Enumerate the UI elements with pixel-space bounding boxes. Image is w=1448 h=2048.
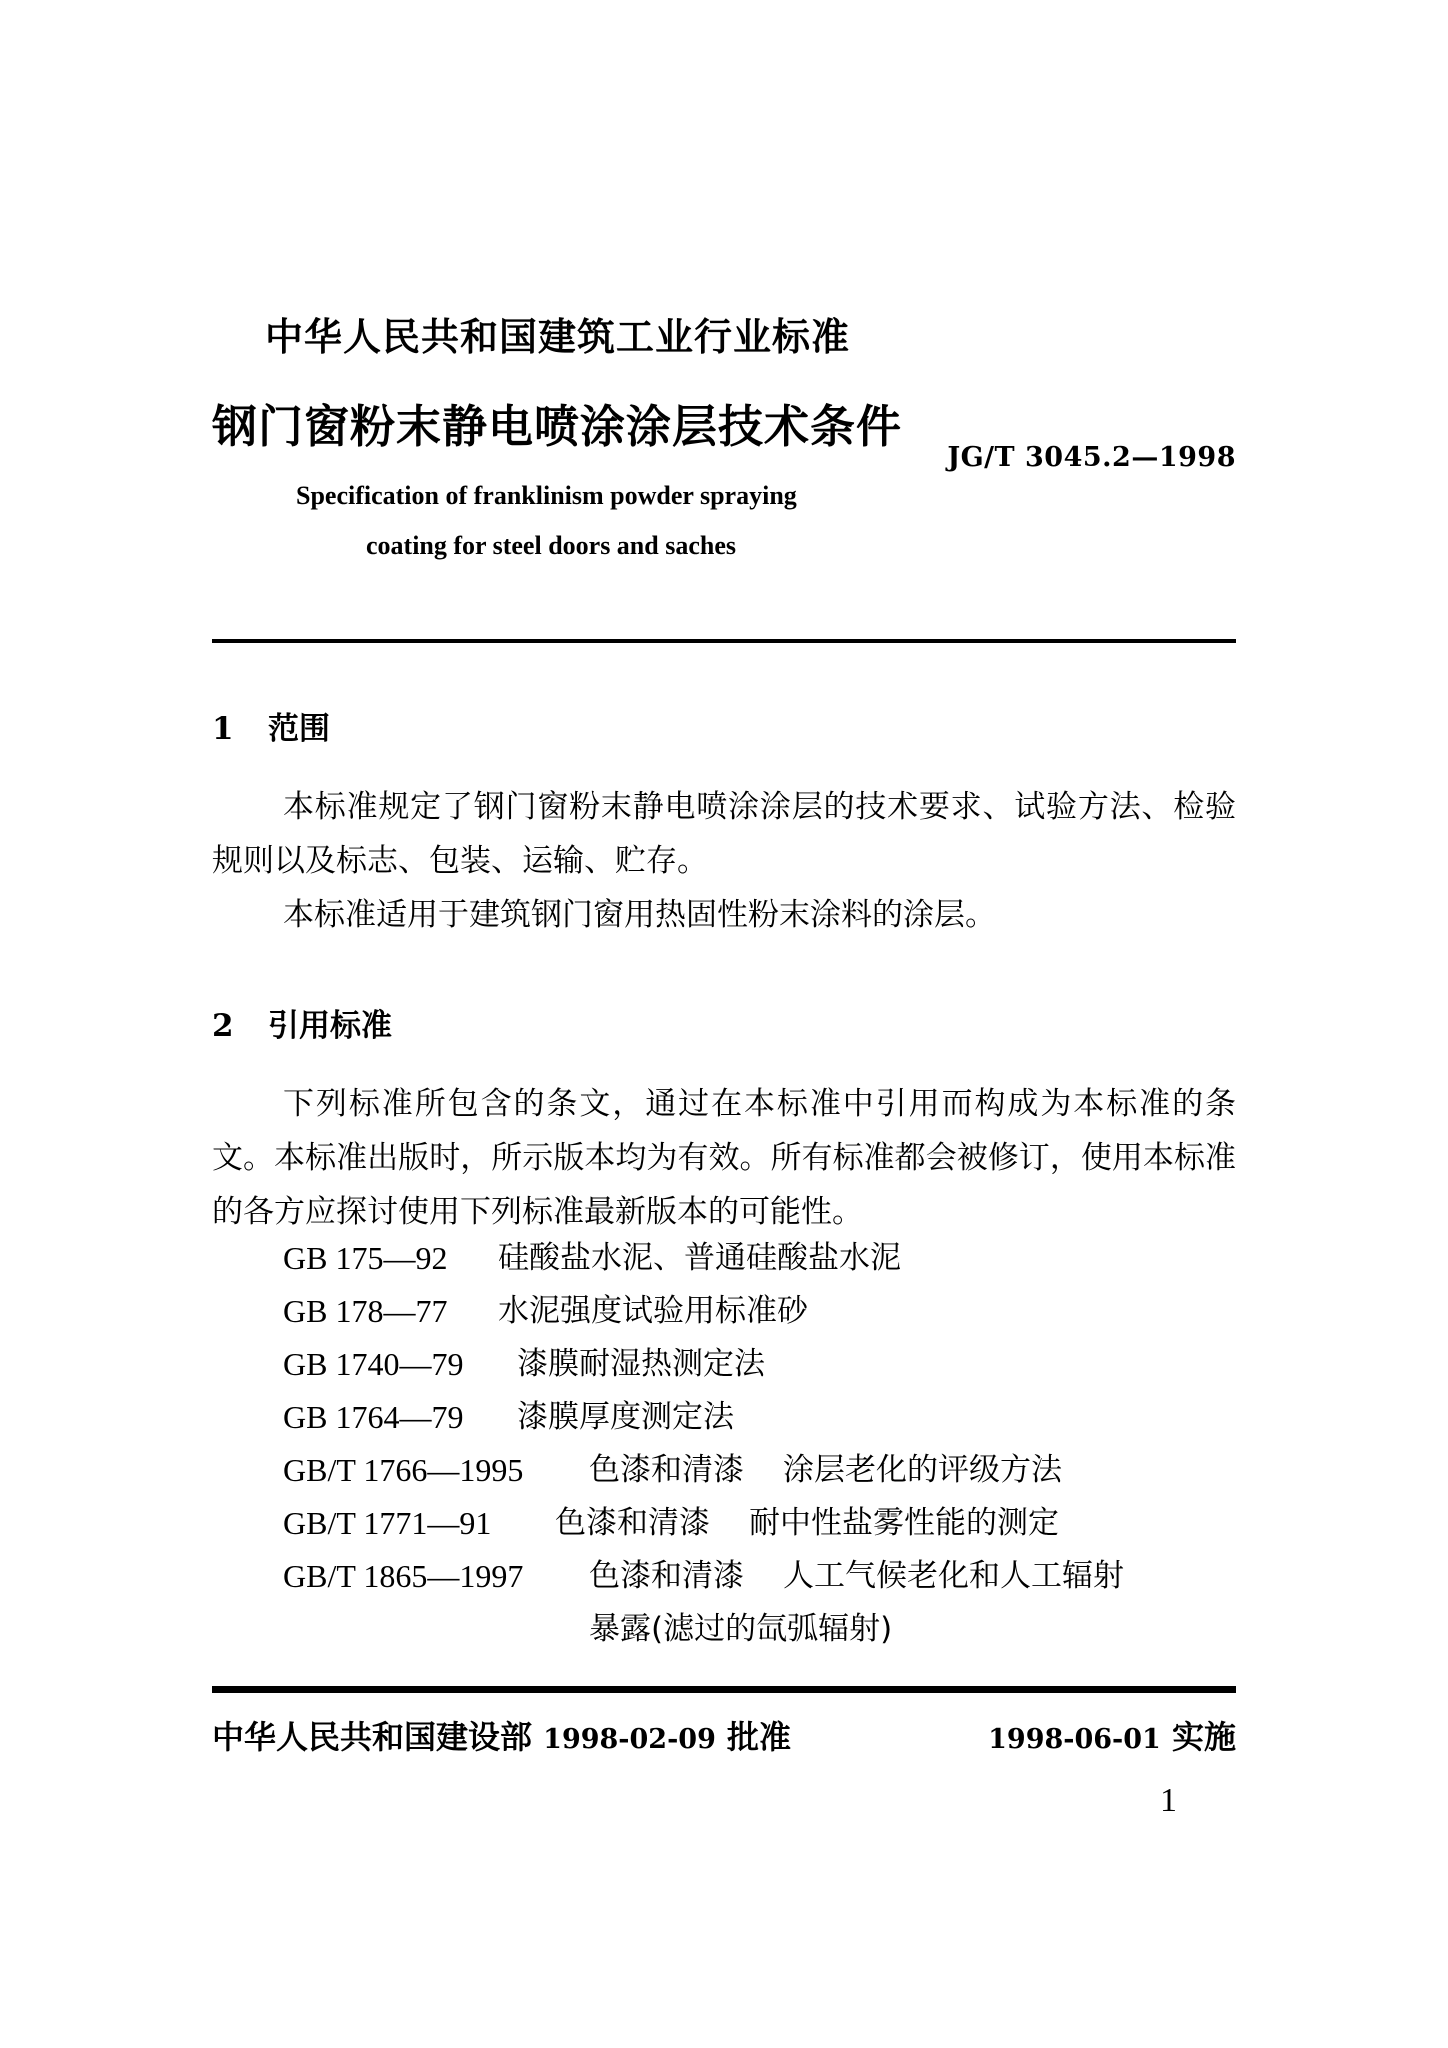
english-title-line-1: Specification of franklinism powder spra…	[296, 481, 797, 511]
reference-item: GB 1740—79 漆膜耐湿热测定法	[283, 1338, 1124, 1391]
reference-code: GB 1764—79	[283, 1391, 517, 1444]
reference-title: 漆膜厚度测定法	[517, 1391, 734, 1444]
reference-item: GB 1764—79 漆膜厚度测定法	[283, 1391, 1124, 1444]
effective-line: 1998-06-01 实施	[988, 1712, 1236, 1758]
reference-item: GB 178—77 水泥强度试验用标准砂	[283, 1285, 1124, 1338]
reference-title: 色漆和清漆	[589, 1444, 783, 1497]
page-number: 1	[1160, 1782, 1177, 1820]
paragraph: 本标准规定了钢门窗粉末静电喷涂涂层的技术要求、试验方法、检验规则以及标志、包装、…	[212, 780, 1236, 888]
reference-title: 色漆和清漆	[555, 1497, 749, 1550]
effective-date: 1998-06-01	[988, 1724, 1161, 1755]
standard-category: 中华人民共和国建筑工业行业标准	[265, 306, 850, 361]
effective-label: 实施	[1172, 1718, 1236, 1756]
reference-title: 硅酸盐水泥、普通硅酸盐水泥	[498, 1232, 901, 1285]
reference-subtitle: 耐中性盐雾性能的测定	[749, 1497, 1059, 1550]
footer-divider	[212, 1686, 1236, 1693]
paragraph: 下列标准所包含的条文，通过在本标准中引用而构成为本标准的条文。本标准出版时，所示…	[212, 1077, 1236, 1239]
section-1-heading: 1范围	[212, 703, 330, 748]
reference-subtitle: 人工气候老化和人工辐射	[783, 1550, 1124, 1603]
section-2-body: 下列标准所包含的条文，通过在本标准中引用而构成为本标准的条文。本标准出版时，所示…	[212, 1077, 1236, 1239]
section-2-heading: 2引用标准	[212, 1000, 392, 1045]
approval-label: 批准	[727, 1718, 791, 1756]
header-divider	[212, 639, 1236, 643]
reference-item: GB 175—92 硅酸盐水泥、普通硅酸盐水泥	[283, 1232, 1124, 1285]
reference-code: GB/T 1771—91	[283, 1497, 555, 1550]
reference-subtitle-continuation: 暴露(滤过的氙弧辐射)	[589, 1603, 892, 1656]
reference-code: GB 175—92	[283, 1232, 498, 1285]
section-1-body: 本标准规定了钢门窗粉末静电喷涂涂层的技术要求、试验方法、检验规则以及标志、包装、…	[212, 780, 1236, 942]
reference-title: 色漆和清漆	[589, 1550, 783, 1603]
english-title-line-2: coating for steel doors and saches	[366, 531, 736, 561]
reference-item: GB/T 1771—91 色漆和清漆 耐中性盐雾性能的测定	[283, 1497, 1124, 1550]
standard-code: JG/T 3045.2—1998	[947, 442, 1236, 473]
section-number: 2	[212, 1008, 268, 1044]
reference-title: 水泥强度试验用标准砂	[498, 1285, 808, 1338]
reference-item-continuation: 暴露(滤过的氙弧辐射)	[283, 1603, 1124, 1656]
paragraph: 本标准适用于建筑钢门窗用热固性粉末涂料的涂层。	[212, 888, 1236, 942]
approving-authority: 中华人民共和国建设部	[212, 1718, 532, 1756]
section-title: 引用标准	[268, 1008, 392, 1044]
reference-code: GB 1740—79	[283, 1338, 517, 1391]
approval-date: 1998-02-09	[543, 1724, 716, 1755]
section-number: 1	[212, 711, 268, 747]
reference-item: GB/T 1766—1995 色漆和清漆 涂层老化的评级方法	[283, 1444, 1124, 1497]
reference-subtitle: 涂层老化的评级方法	[783, 1444, 1062, 1497]
reference-code: GB/T 1766—1995	[283, 1444, 589, 1497]
reference-code: GB 178—77	[283, 1285, 498, 1338]
reference-item: GB/T 1865—1997 色漆和清漆 人工气候老化和人工辐射	[283, 1550, 1124, 1603]
reference-code: GB/T 1865—1997	[283, 1550, 589, 1603]
document-title: 钢门窗粉末静电喷涂涂层技术条件	[212, 390, 902, 455]
approval-line: 中华人民共和国建设部 1998-02-09 批准	[212, 1712, 791, 1758]
section-title: 范围	[268, 711, 330, 747]
reference-title: 漆膜耐湿热测定法	[517, 1338, 765, 1391]
reference-list: GB 175—92 硅酸盐水泥、普通硅酸盐水泥 GB 178—77 水泥强度试验…	[283, 1232, 1124, 1656]
